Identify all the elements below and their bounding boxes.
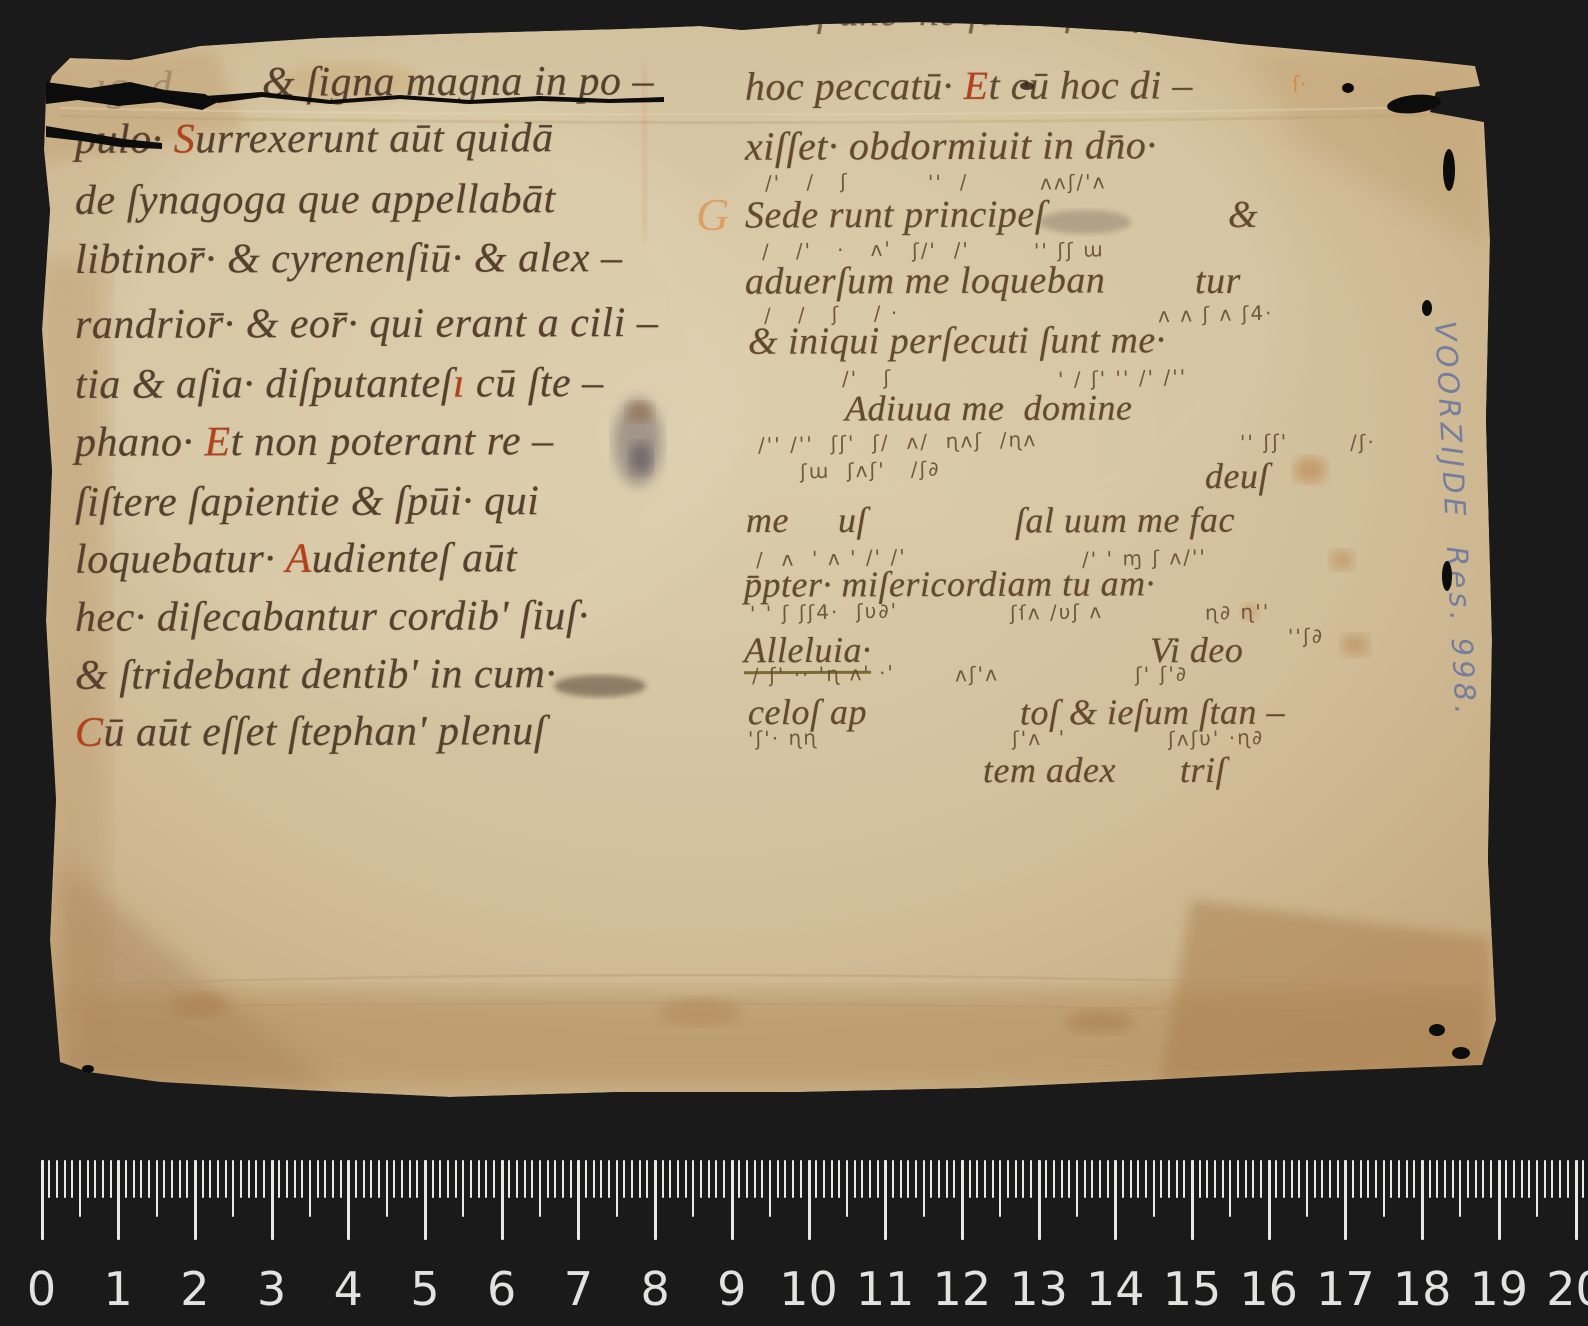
text-run: dicēſ dn̄e ne ſtatuaſ illiſ [748,0,1145,35]
text-run: ū aūt eſſet ſtephan' plenuſ [103,708,546,756]
manuscript-line: phano· Et non poterant re – [75,420,554,464]
text-run: & [1228,194,1258,236]
neume-row: ∕ ʃ' ·· 'ɳ ʌ' ·' [752,663,895,686]
manuscript-line: tur [1195,262,1241,300]
manuscript-line: & ſigna magna in po – [262,60,654,103]
manuscript-line: & [1228,196,1258,234]
manuscript-photo: G ſ· VOORZIJDE Res. 998. g ſı ʃ y ʃıg d&… [0,0,1588,1326]
neume-row: ʃ' ʃ'∂ [1135,663,1189,684]
manuscript-line: deuſ [1205,458,1269,494]
text-run: libtinor̄· & cyrenenſiū· & alex – [75,235,623,283]
text-run: tem adex [983,750,1116,790]
neume-row: ʌʌʃ∕'ʌ [1040,171,1107,192]
neume-row: ʃɯ ʃʌʃ' ∕ʃ∂ [800,459,941,482]
manuscript-line: randrior̄· & eor̄· qui erant a cili – [75,302,658,346]
neume-row: ʃſʌ ∕υʃ ʌ [1010,601,1104,623]
neume-row: ''ʃ∂ [1288,626,1324,647]
manuscript-line: tia & aſia· diſputanteſı cū ſte – [75,362,604,406]
text-run: ''ʃ∂ [1288,624,1325,649]
neume-row: '' ʃʃ' [1240,431,1289,452]
text-run: ıg d [95,64,172,110]
text-run: ∕ʃ· [1350,430,1376,455]
neume-row: ɳ∂ ɳ'' [1205,601,1271,622]
manuscript-line: ſal uum me fac [1015,502,1235,539]
text-run: t non poterant re – [231,418,554,465]
neume-row: ' ' ʃ ʃʃ4· ʃυ∂' [750,600,899,623]
text-run: 'ʃ'· ɳɳ [748,725,819,750]
text-run: aduerſum me loqueban [745,259,1106,302]
text-run: '' ∕ [928,170,969,195]
text-run: ʃ∕' ∕' [912,237,970,262]
text-run: de ſynagoga que appellabāt [75,176,556,224]
rubric-initial: E [964,63,989,108]
manuscript-line: libtinor̄· & cyrenenſiū· & alex – [75,237,623,281]
neume-row: ∕' ʃ [842,367,892,388]
text-run: ʃɯ ʃʌʃ' ∕ʃ∂ [800,457,941,484]
text-run: pulo· [75,116,174,162]
manuscript-line: Cū aūt eſſet ſtephan' plenuſ [75,710,546,754]
text-run: urrexerunt aūt quidā [195,115,554,162]
text-run: Sede runt principeſ [745,193,1046,236]
neume-row: ∕'' ∕'' ʃʃ' ʃ∕ ʌ∕ ɳʌʃ ∕ɳʌ [758,429,1038,455]
manuscript-line: & ſtridebant dentib' in cum· [75,653,557,697]
text-run: uſ [838,500,867,540]
neume-row: ʃʌʃυ' ·ɳ∂ [1168,727,1265,749]
text-run: phano· [75,419,205,465]
text-run: tia & aſia· diſputanteſ [75,361,453,408]
text-run: cū ſte – [465,360,604,406]
manuscript-line: Adiuua me domine [845,389,1133,426]
text-run: ʃ'ʌ ' [1012,725,1067,750]
text-run: & ſigna magna in po – [262,58,654,105]
text-run: triſ [1180,750,1226,790]
manuscript-line: hoc peccatū· Et cū hoc di – [745,65,1193,107]
manuscript-line: aduerſum me loqueban [745,261,1106,300]
neume-row: 'ʃ'· ɳɳ [748,727,819,748]
manuscript-line: uſ [838,502,867,538]
neume-row: ʃ∕' ∕' [912,239,970,260]
manuscript-line: Sede runt principeſ [745,195,1046,234]
neume-row: ∕' ∕ ʃ [765,171,849,193]
rubric-initial: C [75,710,104,756]
text-run: ʌʃ'ʌ [955,662,999,687]
text-run: ʌ ʌ ʃ ʌ ʃ4· [1158,301,1274,327]
text-run: loquebatur· [75,536,286,583]
neume-row: ∕ʃ· [1350,432,1376,453]
text-run: ſal uum me fac [1015,500,1235,541]
rubric-initial: A [285,536,311,582]
rubric-initial: S [174,116,196,162]
text-run: ɳ∂ ɳ'' [1205,599,1271,624]
text-run: t cū hoc di – [988,62,1192,108]
manuscript-line: xiſſet· obdormiuit in dn̄o· [745,125,1157,166]
text-run: ' ' ʃ ʃʃ4· ʃυ∂' [750,598,899,625]
text-run: & ſtridebant dentib' in cum· [75,651,557,699]
archivist-inscription: VOORZIJDE Res. 998. [1428,320,1483,719]
neume-row: '' ʃʃ ɯ [1034,239,1105,260]
text-run: ʃſʌ ∕υʃ ʌ [1010,599,1104,625]
text-run: hec· diſecabantur cordib' ſiuſ· [75,593,589,641]
text-run: ſiſtere ſapientie & ſpūi· qui [75,478,540,526]
rubric-initial: ı [453,361,465,407]
neume-row: ʌʃ'ʌ [955,664,999,685]
manuscript-text: VOORZIJDE Res. 998. g ſı ʃ y ʃıg d& ſign… [0,0,1588,1326]
text-run: ∕ ʃ' ·· 'ɳ ʌ' ·' [752,661,895,688]
text-run: udienteſ aūt [312,535,518,582]
text-run: ∕'' ∕'' ʃʃ' ʃ∕ ʌ∕ ɳʌʃ ∕ɳʌ [758,427,1038,457]
manuscript-line: dicēſ dn̄e ne ſtatuaſ illiſ [748,0,1145,33]
manuscript-line: p̄pter· miſericordiam tu am· [744,565,1155,602]
text-run: xiſſet· obdormiuit in dn̄o· [745,122,1157,168]
neume-row: '' ∕ [928,172,969,193]
manuscript-line: ıg d [95,66,172,108]
manuscript-line: loquebatur· Audienteſ aūt [75,537,517,581]
neume-row: ∕ ∕' · ʌ' [762,239,892,262]
manuscript-line: g ſı ʃ y ʃ [238,0,460,18]
neume-row: ʌ ʌ ʃ ʌ ʃ4· [1158,303,1274,325]
manuscript-line: & iniqui perſecuti ſunt me· [748,321,1166,360]
text-run: Adiuua me domine [845,387,1133,428]
manuscript-line: triſ [1180,752,1226,788]
text-run: '' ʃʃ' [1240,429,1289,454]
text-run: me [746,500,789,540]
manuscript-line: hec· diſecabantur cordib' ſiuſ· [75,595,589,639]
manuscript-line: me [746,502,789,538]
manuscript-line: de ſynagoga que appellabāt [75,178,556,222]
text-run: ʃ' ʃ'∂ [1135,661,1189,686]
text-run: ʃʌʃυ' ·ɳ∂ [1168,725,1265,751]
text-run: & iniqui perſecuti ſunt me· [748,319,1166,362]
text-run: hoc peccatū· [745,63,964,109]
manuscript-line: ſiſtere ſapientie & ſpūi· qui [75,480,540,524]
neume-row: ʃ'ʌ ' [1012,727,1067,748]
text-run: deuſ [1205,456,1269,496]
text-run: randrior̄· & eor̄· qui erant a cili – [75,300,659,348]
text-run: ∕' ∕ ʃ [765,169,849,195]
rubric-initial: E [204,419,230,465]
text-run: g ſı ʃ y ʃ [238,0,460,20]
neume-row: ' ∕ ʃ' '' ∕' ∕'' [1058,367,1188,390]
manuscript-line: tem adex [983,752,1116,788]
text-run: ʌʌʃ∕'ʌ [1040,169,1107,194]
manuscript-line: pulo· Surrexerunt aūt quidā [75,117,554,161]
text-run: tur [1195,260,1241,302]
text-run: ∕' ʃ [842,365,893,390]
